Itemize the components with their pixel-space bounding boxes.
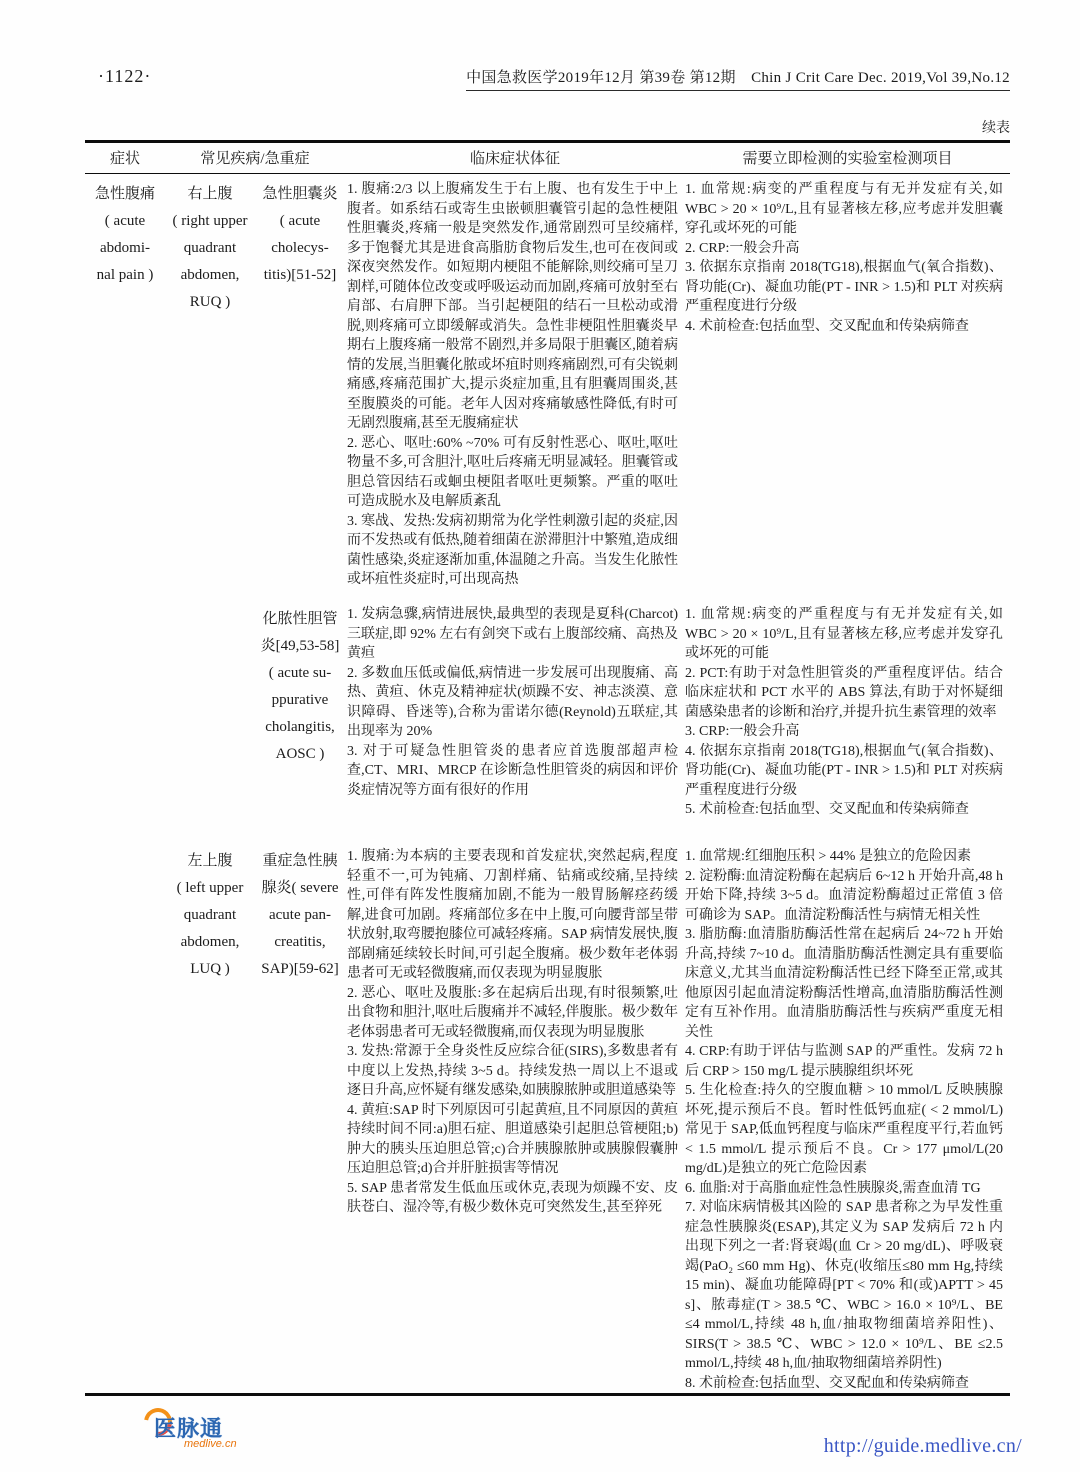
column-header-clinical: 临床症状体征 — [345, 147, 685, 168]
symptom-cell — [85, 847, 165, 848]
continued-table-label: 续表 — [0, 117, 1010, 137]
table-row: 急性腹痛 ( acute abdomi- nal pain ) 右上腹 ( ri… — [85, 174, 1010, 599]
medlive-logo: 医脉通 medlive.cn — [150, 1410, 270, 1458]
table-body: 急性腹痛 ( acute abdomi- nal pain ) 右上腹 ( ri… — [85, 174, 1010, 1393]
clinical-features-cell: 1. 发病急骤,病情进展快,最典型的表现是夏科(Charcot)三联症,即 92… — [345, 605, 685, 800]
lab-tests-cell: 1. 血常规:病变的严重程度与有无并发症有关,如 WBC > 20 × 10⁹/… — [685, 605, 1010, 820]
medlive-logo-subtext: medlive.cn — [184, 1438, 237, 1450]
page-footer: 医脉通 medlive.cn http://guide.medlive.cn/ — [150, 1410, 1022, 1472]
page-number: ·1122· — [98, 66, 151, 87]
column-header-labs: 需要立即检测的实验室检测项目 — [685, 147, 1010, 168]
location-cell: 右上腹 ( right upper quadrant abdomen, RUQ … — [165, 180, 255, 316]
symptom-cell — [85, 605, 165, 606]
lab-tests-cell: 1. 血常规:病变的严重程度与有无并发症有关,如 WBC > 20 × 10⁹/… — [685, 180, 1010, 336]
location-cell: 左上腹 ( left upper quadrant abdomen, LUQ ) — [165, 847, 255, 983]
table-header-row: 症状 常见疾病/急重症 临床症状体征 需要立即检测的实验室检测项目 — [85, 143, 1010, 174]
clinical-features-cell: 1. 腹痛:2/3 以上腹痛发生于右上腹、也有发生于中上腹者。如系结石或寄生虫嵌… — [345, 180, 685, 590]
symptom-cell: 急性腹痛 ( acute abdomi- nal pain ) — [85, 180, 165, 289]
location-cell — [165, 605, 255, 606]
journal-page: ·1122· 中国急救医学2019年12月 第39卷 第12期 Chin J C… — [0, 0, 1080, 1472]
journal-citation: 中国急救医学2019年12月 第39卷 第12期 Chin J Crit Car… — [466, 66, 1010, 91]
disease-cell: 重症急性胰 腺炎( severe acute pan- creatitis, S… — [255, 847, 345, 983]
disease-cell: 化脓性胆管 炎[49,53-58] ( acute su- ppurative … — [255, 605, 345, 768]
table-row: 化脓性胆管 炎[49,53-58] ( acute su- ppurative … — [85, 599, 1010, 841]
symptom-disease-table: 症状 常见疾病/急重症 临床症状体征 需要立即检测的实验室检测项目 急性腹痛 (… — [85, 140, 1010, 1396]
running-head: ·1122· 中国急救医学2019年12月 第39卷 第12期 Chin J C… — [0, 0, 1080, 91]
lab-tests-cell: 1. 血常规:红细胞压积 > 44% 是独立的危险因素 2. 淀粉酶:血清淀粉酶… — [685, 847, 1010, 1393]
table-row: 左上腹 ( left upper quadrant abdomen, LUQ )… — [85, 841, 1010, 1393]
guide-url-link[interactable]: http://guide.medlive.cn/ — [824, 1435, 1022, 1458]
disease-cell: 急性胆囊炎 ( acute cholecys- titis)[51-52] — [255, 180, 345, 289]
clinical-features-cell: 1. 腹痛:为本病的主要表现和首发症状,突然起病,程度轻重不一,可为钝痛、刀割样… — [345, 847, 685, 1218]
column-header-symptom: 症状 — [85, 147, 165, 168]
column-header-disease: 常见疾病/急重症 — [165, 147, 345, 168]
